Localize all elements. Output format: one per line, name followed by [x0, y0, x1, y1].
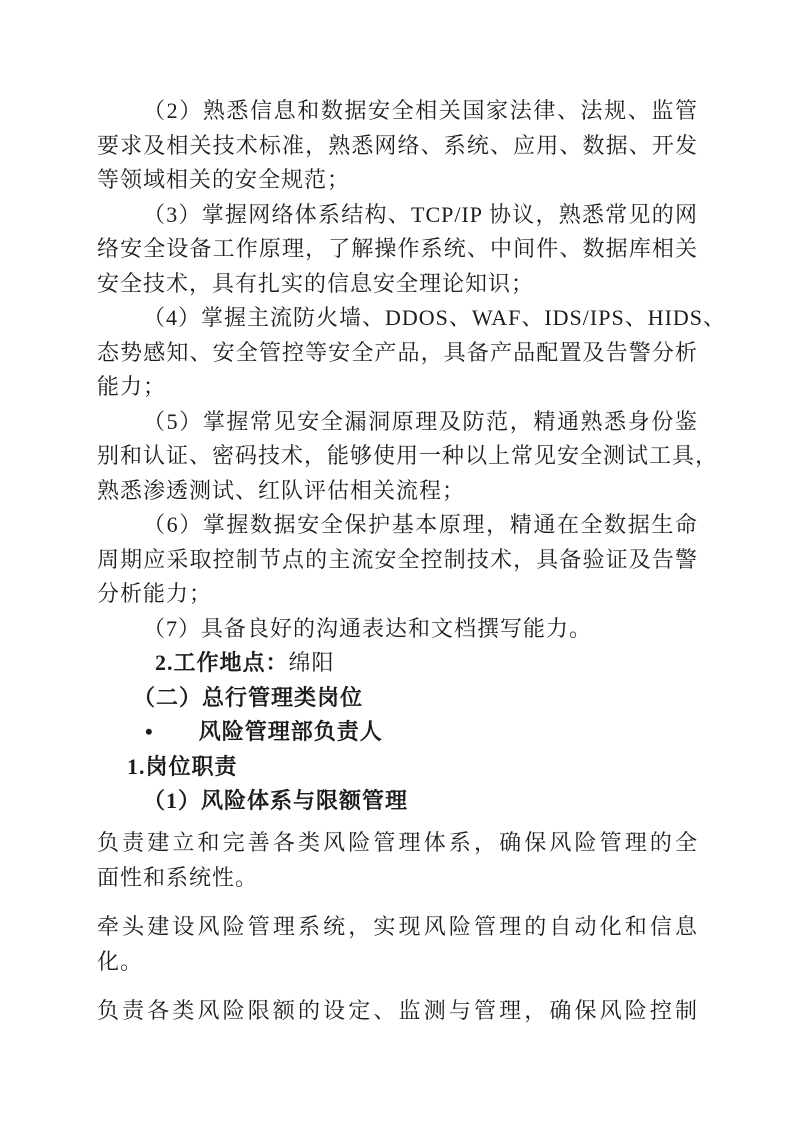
text-line: 熟悉渗透测试、红队评估相关流程； [97, 474, 698, 509]
requirement-item-3: （3）掌握网络体系结构、TCP/IP 协议，熟悉常见的网络安全设备工作原理，了解… [97, 198, 698, 302]
text-line: （6）掌握数据安全保护基本原理，精通在全数据生命 [97, 508, 698, 543]
text-line: 要求及相关技术标准，熟悉网络、系统、应用、数据、开发 [97, 129, 698, 164]
text-line: （2）熟悉信息和数据安全相关国家法律、法规、监管 [97, 94, 698, 129]
requirement-item-6: （6）掌握数据安全保护基本原理，精通在全数据生命周期应采取控制节点的主流安全控制… [97, 508, 698, 612]
text-line: 分析能力； [97, 577, 698, 612]
text-line: 1.岗位职责 [97, 750, 698, 785]
requirement-item-7: （7）具备良好的沟通表达和文档撰写能力。 [97, 612, 698, 647]
text-line: （1）风险体系与限额管理 [97, 784, 698, 819]
work-location-line: 2.工作地点：绵阳 [97, 646, 698, 681]
text-line: 负责各类风险限额的设定、监测与管理，确保风险控制 [97, 993, 698, 1029]
requirement-item-4: （4）掌握主流防火墙、DDOS、WAF、IDS/IPS、HIDS、态势感知、安全… [97, 301, 698, 405]
requirement-item-2: （2）熟悉信息和数据安全相关国家法律、法规、监管要求及相关技术标准，熟悉网络、系… [97, 94, 698, 198]
text-line: 负责建立和完善各类风险管理体系，确保风险管理的全 [97, 825, 698, 861]
text-line: （4）掌握主流防火墙、DDOS、WAF、IDS/IPS、HIDS、 [97, 301, 698, 336]
text-line: 化。 [97, 944, 698, 980]
document-content: （2）熟悉信息和数据安全相关国家法律、法规、监管要求及相关技术标准，熟悉网络、系… [97, 94, 698, 1028]
text-line: 别和认证、密码技术，能够使用一种以上常见安全测试工具， [97, 439, 698, 474]
duty-paragraph-risk-system-build: 牵头建设风险管理系统，实现风险管理的自动化和信息化。 [97, 909, 698, 980]
text-line: 安全技术，具有扎实的信息安全理论知识； [97, 267, 698, 302]
document-page: （2）熟悉信息和数据安全相关国家法律、法规、监管要求及相关技术标准，熟悉网络、系… [0, 0, 793, 1122]
text-line: 能力； [97, 370, 698, 405]
section-heading-management-positions: （二）总行管理类岗位 [97, 681, 698, 716]
text-line: （5）掌握常见安全漏洞原理及防范，精通熟悉身份鉴 [97, 405, 698, 440]
requirement-item-5: （5）掌握常见安全漏洞原理及防范，精通熟悉身份鉴别和认证、密码技术，能够使用一种… [97, 405, 698, 509]
position-title-risk-management-head: •风险管理部负责人 [97, 715, 698, 750]
duty-paragraph-risk-limits: 负责各类风险限额的设定、监测与管理，确保风险控制 [97, 993, 698, 1029]
work-location-value: 绵阳 [289, 650, 335, 675]
text-line: （二）总行管理类岗位 [97, 681, 698, 716]
text-line: •风险管理部负责人 [97, 715, 698, 750]
text-line: 络安全设备工作原理，了解操作系统、中间件、数据库相关 [97, 232, 698, 267]
subsection-risk-system-limit-management: （1）风险体系与限额管理 [97, 784, 698, 819]
bullet-icon: • [145, 719, 154, 744]
text-line: 牵头建设风险管理系统，实现风险管理的自动化和信息 [97, 909, 698, 945]
text-line: （3）掌握网络体系结构、TCP/IP 协议，熟悉常见的网 [97, 198, 698, 233]
work-location-label: 2.工作地点： [155, 650, 289, 675]
position-title-text: 风险管理部负责人 [199, 719, 383, 744]
text-line: （7）具备良好的沟通表达和文档撰写能力。 [97, 612, 698, 647]
text-line: 态势感知、安全管控等安全产品，具备产品配置及告警分析 [97, 336, 698, 371]
duty-paragraph-risk-system: 负责建立和完善各类风险管理体系，确保风险管理的全面性和系统性。 [97, 825, 698, 896]
responsibilities-heading: 1.岗位职责 [97, 750, 698, 785]
text-line: 周期应采取控制节点的主流安全控制技术，具备验证及告警 [97, 543, 698, 578]
text-line: 等领域相关的安全规范； [97, 163, 698, 198]
text-line: 面性和系统性。 [97, 860, 698, 896]
text-line: 2.工作地点：绵阳 [97, 646, 698, 681]
